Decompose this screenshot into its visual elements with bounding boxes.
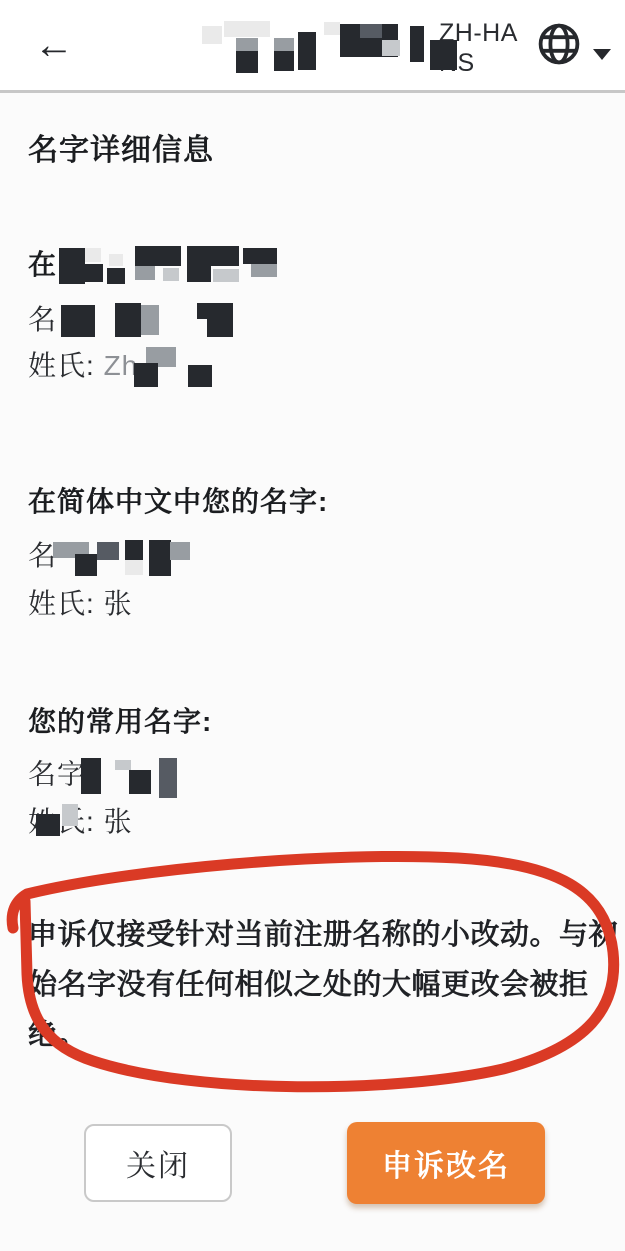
action-bar: 关闭 申诉改名	[28, 1122, 597, 1204]
redacted-label: 姓氏:	[28, 800, 95, 840]
redacted-text	[81, 752, 193, 800]
redacted-text	[59, 303, 237, 341]
main-content: 名字详细信息 在 名	[0, 93, 625, 1204]
chevron-down-icon[interactable]	[593, 49, 611, 60]
section-heading: 您的常用名字:	[28, 700, 597, 740]
app-header: ← ZH-HANS	[0, 0, 625, 93]
given-name-row: 名	[28, 534, 597, 582]
name-section-original: 在 名	[28, 243, 597, 394]
page-title: 名字详细信息	[28, 125, 597, 169]
family-name-value: 张	[104, 806, 133, 837]
family-name-row: 姓氏: Zh	[28, 344, 597, 394]
globe-icon[interactable]	[535, 20, 583, 73]
redacted-text	[59, 246, 257, 288]
appeal-notice: 申诉仅接受针对当前注册名称的小改动。与初 始名字没有任何相似之处的大幅更改会被拒…	[28, 910, 608, 1060]
language-selector[interactable]: ZH-HANS	[439, 12, 611, 78]
back-icon[interactable]: ←	[26, 21, 82, 69]
family-name-row: 姓氏: 张	[28, 582, 597, 626]
redacted-header-title	[200, 12, 458, 78]
appeal-rename-button[interactable]: 申诉改名	[347, 1122, 545, 1204]
redacted-text	[130, 345, 230, 391]
given-name-row: 名	[28, 298, 597, 344]
family-name-value: 张	[104, 588, 133, 619]
section-heading: 在简体中文中您的名字:	[28, 480, 597, 520]
name-section-zh-hans: 在简体中文中您的名字: 名 姓氏: 张	[28, 480, 597, 626]
given-name-row: 名字:	[28, 752, 597, 800]
name-section-common: 您的常用名字: 名字: 姓氏: 张	[28, 700, 597, 844]
close-button[interactable]: 关闭	[84, 1124, 232, 1202]
redacted-text	[53, 538, 193, 578]
section-heading: 在	[28, 243, 597, 287]
family-name-row: 姓氏: 张	[28, 800, 597, 844]
